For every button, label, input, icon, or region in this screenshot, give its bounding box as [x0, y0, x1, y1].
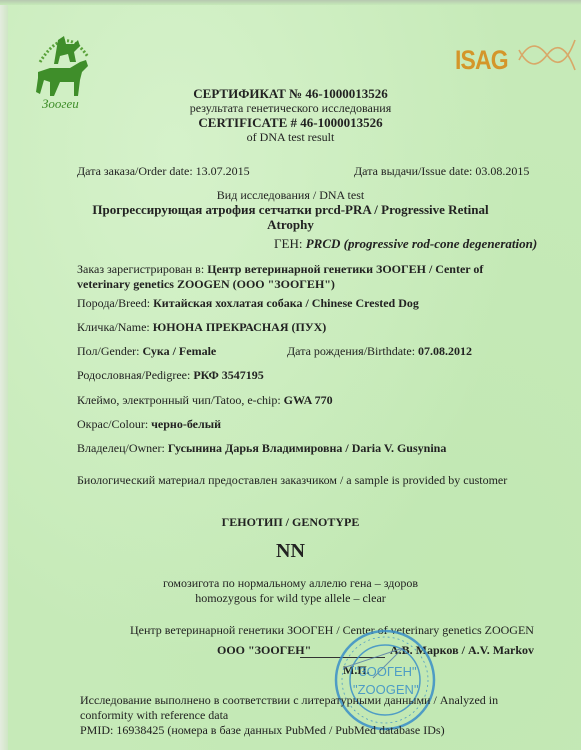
- order-date-label: Дата заказа/Order date:: [77, 164, 193, 178]
- issue-date: Дата выдачи/Issue date: 03.08.2015: [354, 164, 529, 179]
- registered-line1: Заказ зарегистрирован в: Центр ветеринар…: [77, 262, 483, 277]
- breed-label: Порода/Breed:: [77, 296, 150, 310]
- scan-edge-top: [0, 0, 581, 5]
- isag-logo-text: ISAG: [455, 45, 508, 76]
- colour-value: черно-белый: [151, 417, 221, 431]
- genotype-desc-ru: гомозигота по нормальному аллелю гена – …: [0, 576, 581, 591]
- test-name-line2: Atrophy: [0, 217, 581, 233]
- gender-value: Сука / Female: [142, 344, 216, 358]
- registered-label: Заказ зарегистрирован в:: [77, 262, 204, 276]
- test-type-label: Вид исследования / DNA test: [0, 188, 581, 203]
- certificate-page: Зоогеи ISAG СЕРТИФИКАТ № 46-1000013526 р…: [0, 0, 581, 750]
- colour-row: Окрас/Colour: черно-белый: [77, 417, 221, 432]
- gender-label: Пол/Gender:: [77, 344, 139, 358]
- registered-value2: veterinary genetics ZOOGEN (ООО "ЗООГЕН"…: [77, 277, 335, 291]
- genotype-desc-en: homozygous for wild type allele – clear: [0, 591, 581, 606]
- colour-label: Окрас/Colour:: [77, 417, 148, 431]
- gene-label: ГЕН:: [274, 236, 302, 251]
- footer-line2: conformity with reference data: [80, 708, 228, 723]
- cert-title-en: CERTIFICATE # 46-1000013526: [0, 115, 581, 131]
- stamp-seal-icon: [333, 628, 438, 733]
- cert-subtitle-ru: результата генетического исследования: [0, 101, 581, 116]
- birthdate-row: Дата рождения/Birthdate: 07.08.2012: [287, 344, 472, 359]
- signature-org: Центр ветеринарной генетики ЗООГЕН / Cen…: [130, 623, 534, 638]
- issue-date-value: 03.08.2015: [475, 164, 529, 178]
- cert-title-ru: СЕРТИФИКАТ № 46-1000013526: [0, 86, 581, 102]
- birthdate-value: 07.08.2012: [418, 344, 472, 358]
- test-name-line1: Прогрессирующая атрофия сетчатки prcd-PR…: [0, 202, 581, 218]
- owner-row: Владелец/Owner: Гусынина Дарья Владимиро…: [77, 441, 446, 456]
- footer-line3: PMID: 16938425 (номера в базе данных Pub…: [80, 723, 445, 738]
- owner-label: Владелец/Owner:: [77, 441, 165, 455]
- cert-subtitle-en: of DNA test result: [0, 130, 581, 145]
- chip-value: GWA 770: [284, 393, 333, 407]
- breed-row: Порода/Breed: Китайская хохлатая собака …: [77, 296, 419, 311]
- pedigree-label: Родословная/Pedigree:: [77, 368, 190, 382]
- issue-date-label: Дата выдачи/Issue date:: [354, 164, 472, 178]
- registered-value1: Центр ветеринарной генетики ЗООГЕН / Cen…: [207, 262, 483, 276]
- order-date-value: 13.07.2015: [196, 164, 250, 178]
- pedigree-value: РКФ 3547195: [193, 368, 263, 382]
- stamp-text-ru: "ЗООГЕН": [353, 664, 418, 679]
- dna-helix-icon: [517, 30, 577, 85]
- breed-value: Китайская хохлатая собака / Chinese Cres…: [153, 296, 419, 310]
- chip-row: Клеймо, электронный чип/Tatoo, e-chip: G…: [77, 393, 333, 408]
- genotype-label: ГЕНОТИП / GENOTYPE: [0, 515, 581, 530]
- footer-line1: Исследование выполнено в соответствии с …: [80, 693, 498, 708]
- gene-value: PRCD (progressive rod-cone degeneration): [306, 236, 537, 251]
- name-label: Кличка/Name:: [77, 320, 150, 334]
- name-value: ЮНОНА ПРЕКРАСНАЯ (ПУХ): [153, 320, 327, 334]
- pedigree-row: Родословная/Pedigree: РКФ 3547195: [77, 368, 264, 383]
- name-row: Кличка/Name: ЮНОНА ПРЕКРАСНАЯ (ПУХ): [77, 320, 326, 335]
- zoogen-stamp: "ЗООГЕН" "ZOOGEN": [333, 628, 438, 733]
- chip-label: Клеймо, электронный чип/Tatoo, e-chip:: [77, 393, 281, 407]
- owner-value: Гусынина Дарья Владимировна / Daria V. G…: [168, 441, 447, 455]
- gender-row: Пол/Gender: Сука / Female: [77, 344, 216, 359]
- isag-logo: ISAG: [455, 30, 575, 90]
- genotype-value: NN: [0, 540, 581, 563]
- order-date: Дата заказа/Order date: 13.07.2015: [77, 164, 250, 179]
- signature-company: ООО "ЗООГЕН": [217, 643, 311, 658]
- registered-line2: veterinary genetics ZOOGEN (ООО "ЗООГЕН"…: [77, 277, 335, 292]
- birthdate-label: Дата рождения/Birthdate:: [287, 344, 415, 358]
- gene: ГЕН: PRCD (progressive rod-cone degenera…: [274, 236, 537, 252]
- sample-note: Биологический материал предоставлен зака…: [77, 473, 507, 488]
